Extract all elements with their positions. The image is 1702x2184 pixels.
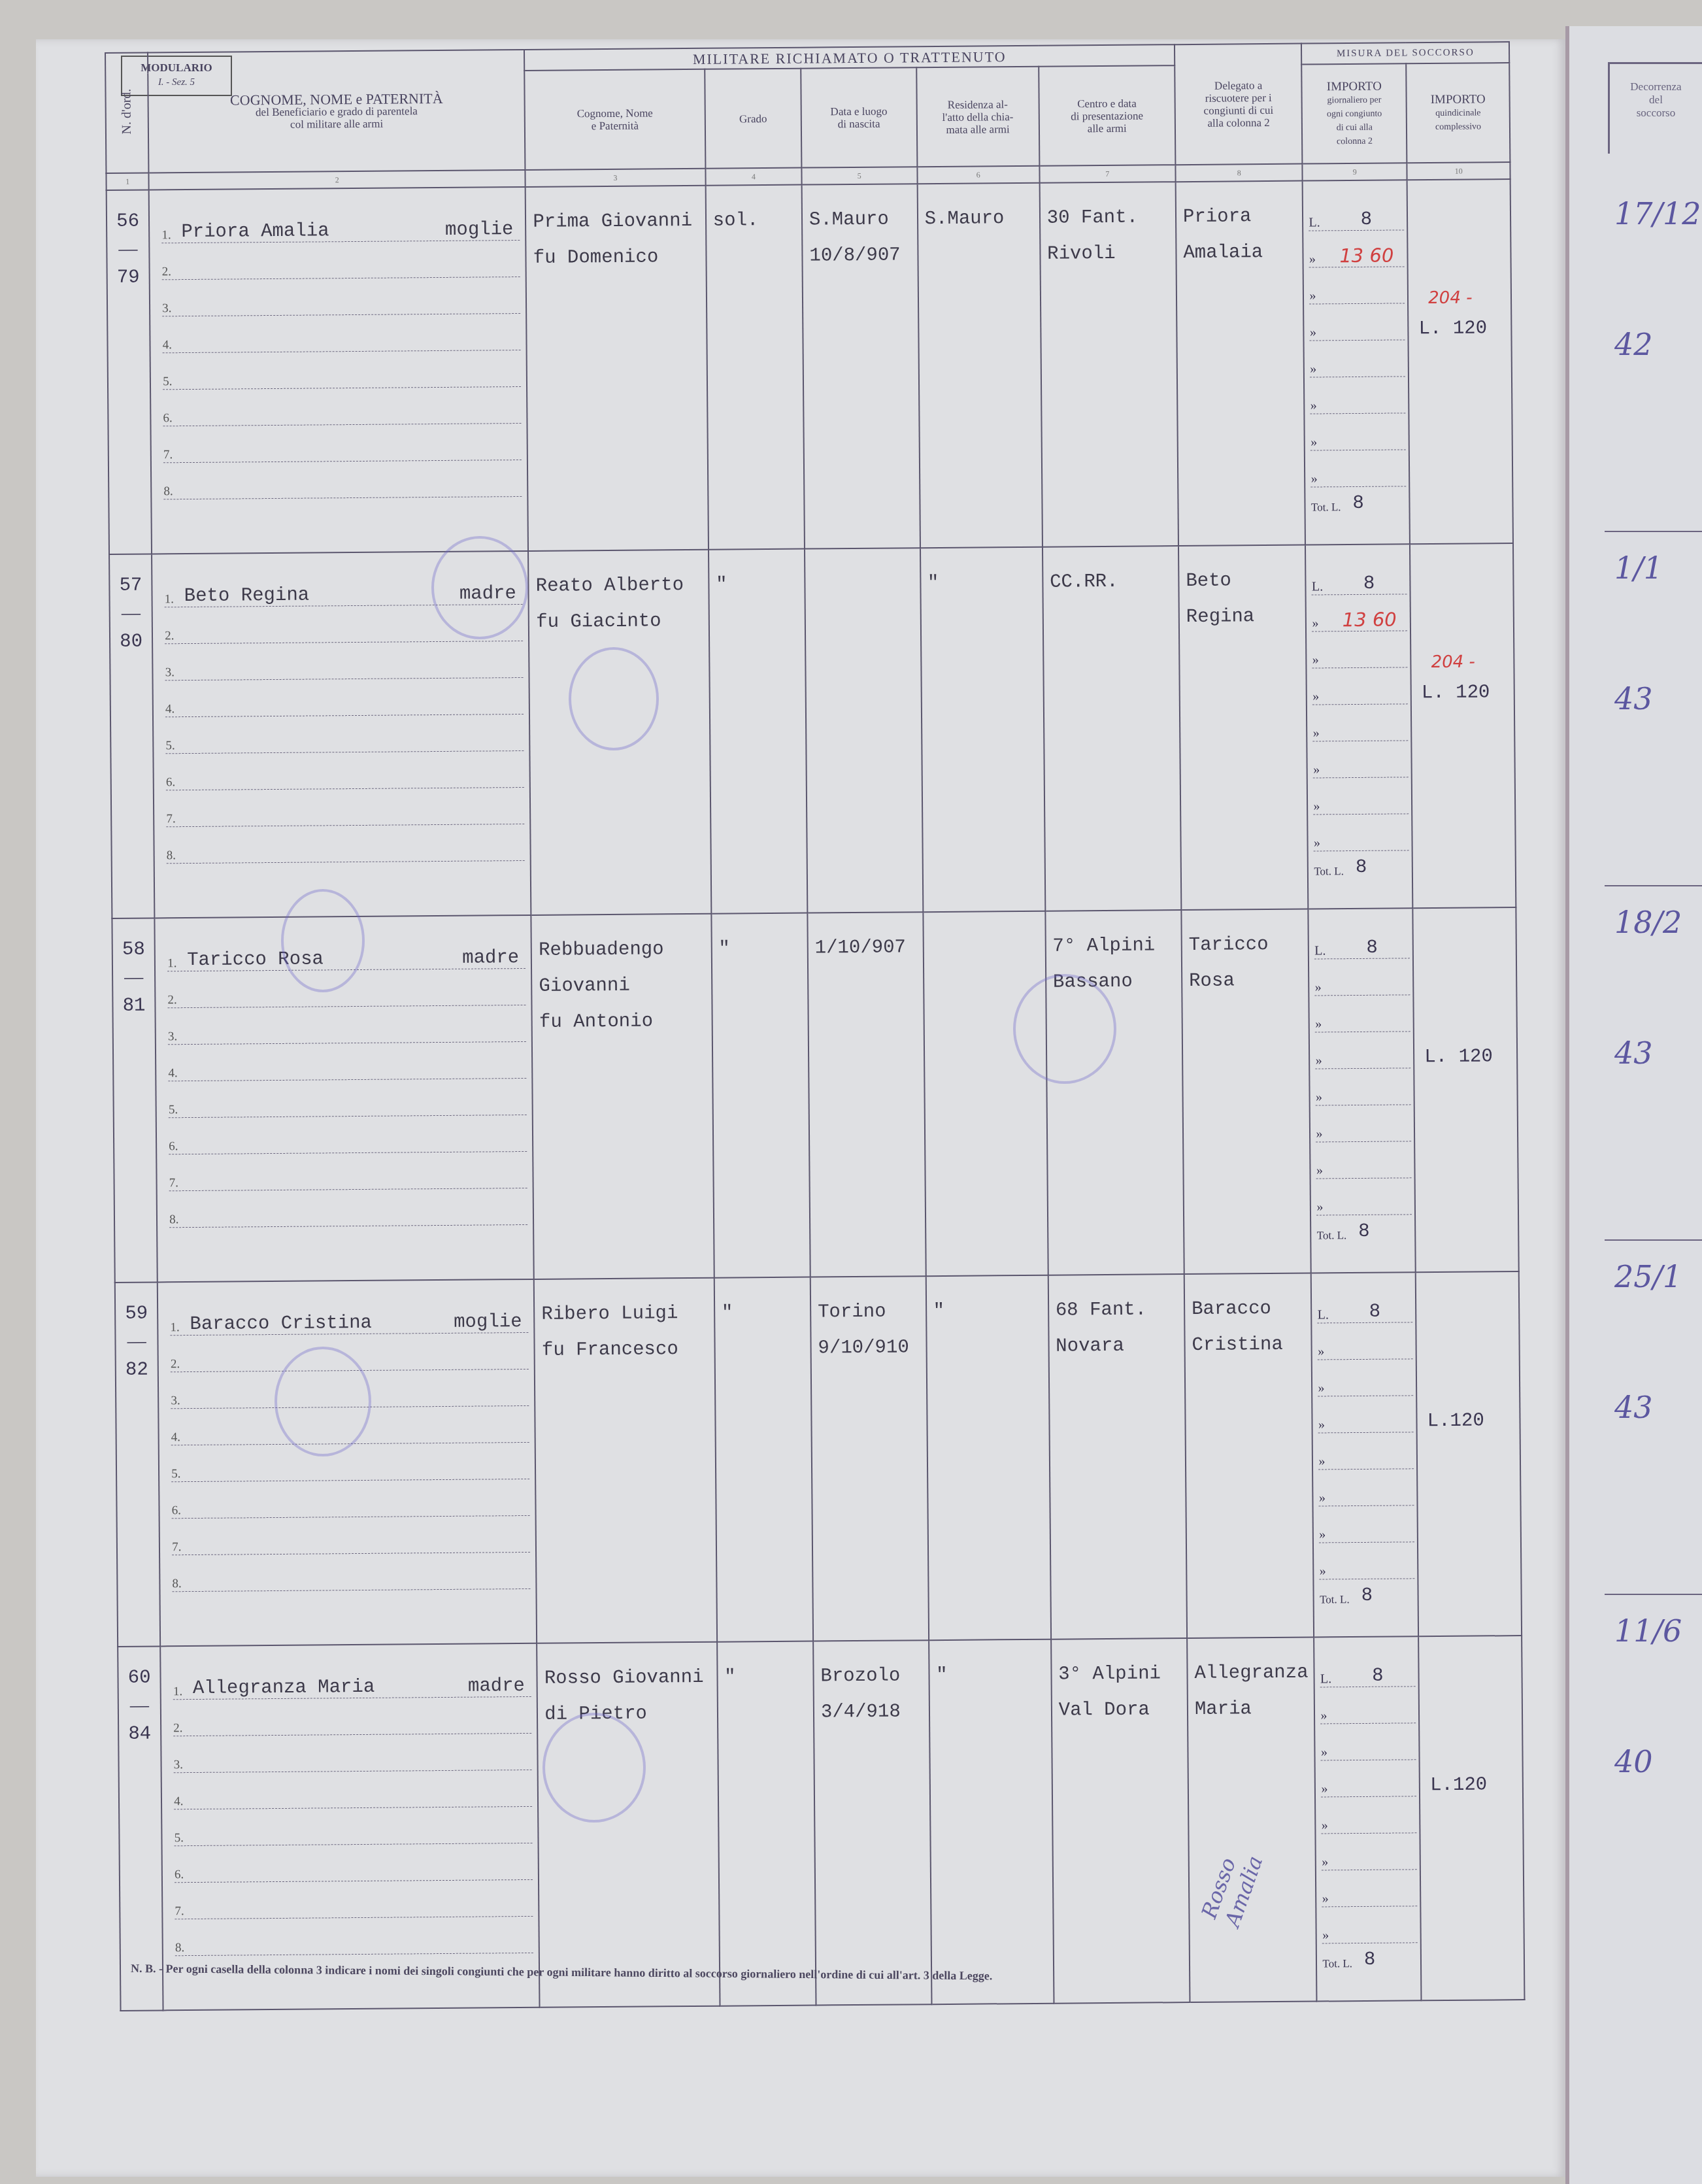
- beneficiary-name: Allegranza Maria: [193, 1676, 375, 1699]
- decorrenza-number: 43: [1614, 681, 1653, 716]
- grade-cell: sol.: [705, 185, 805, 550]
- centre: Novara: [1056, 1327, 1178, 1364]
- grade-cell: ": [717, 1641, 816, 2006]
- right-page-row-divider: [1605, 531, 1702, 532]
- beneficiary-line: 7.: [163, 424, 522, 463]
- daily-amount-line: »13 60: [1309, 230, 1405, 267]
- centre: CC.RR.: [1050, 563, 1172, 599]
- red-annotation: 204 -: [1428, 288, 1473, 309]
- fortnight-amount: L. 120: [1418, 317, 1487, 339]
- daily-amount-line: »: [1318, 1359, 1413, 1396]
- delegate-name: Maria: [1195, 1690, 1308, 1727]
- soldier-name: di Pietro: [544, 1695, 710, 1732]
- daily-amount-line: »: [1318, 1396, 1414, 1433]
- handwritten-signature: Rosso Amalia: [1196, 1801, 1283, 1930]
- soldier-cell: Reato Albertofu Giacinto: [528, 550, 711, 915]
- beneficiary-line: 2.: [173, 1697, 532, 1736]
- beneficiary-line: 2.: [161, 241, 520, 280]
- grade-cell: ": [709, 549, 808, 914]
- beneficiary-line: 4.: [171, 1406, 529, 1445]
- birth-cell: 1/10/907: [807, 912, 926, 1277]
- col-number: 6: [917, 166, 1039, 184]
- daily-amount-line: »: [1312, 631, 1407, 668]
- beneficiary-line: 5.: [169, 1079, 527, 1118]
- daily-total: Tot. L.8: [1320, 1584, 1415, 1606]
- soldier-name: Ribero Luigi: [541, 1295, 707, 1332]
- ledger-entry-row: 59—82 1.Baracco Cristinamoglie2.3.4.5.6.…: [115, 1271, 1522, 1647]
- beneficiary-line: 2.: [171, 1333, 529, 1372]
- ledger-grid: N. d'ord. COGNOME, NOME e PATERNITÀ del …: [105, 41, 1525, 2011]
- birth-info: 9/10/910: [818, 1329, 919, 1366]
- col-number: 8: [1175, 164, 1303, 182]
- beneficiary-cell: 1.Priora Amaliamoglie2.3.4.5.6.7.8.: [149, 187, 528, 554]
- daily-amount-line: »: [1312, 667, 1408, 705]
- centre-cell: 30 Fant.Rivoli: [1039, 182, 1178, 547]
- soldier-name: Prima Giovanni: [533, 203, 699, 240]
- fortnight-amount-cell: 204 -L. 120: [1407, 179, 1513, 544]
- daily-amount-line: »: [1315, 1032, 1410, 1069]
- beneficiary-line: 6.: [175, 1843, 533, 1883]
- soldier-name: Rebbuadengo: [539, 931, 705, 968]
- delegate-name: Rosa: [1189, 962, 1302, 999]
- beneficiary-line: 4.: [174, 1770, 533, 1809]
- residence: ": [933, 1292, 1042, 1329]
- residence-cell: S.Mauro: [917, 183, 1043, 548]
- beneficiary-line: 2.: [167, 969, 526, 1008]
- daily-amount-line: »: [1319, 1542, 1414, 1579]
- delegate-name: Taricco: [1188, 926, 1301, 963]
- soldier-name: Rosso Giovanni: [544, 1659, 710, 1696]
- ledger-entry-row: 58—81 1.Taricco Rosamadre2.3.4.5.6.7.8. …: [112, 907, 1518, 1283]
- beneficiary-line: 8.: [172, 1553, 531, 1592]
- birth-info: [812, 565, 913, 565]
- col-fortnight-amount-header: IMPORTOquindicinalecomplessivo: [1406, 63, 1510, 163]
- residence-cell: ": [920, 547, 1046, 912]
- decorrenza-date: 18/2: [1614, 905, 1682, 940]
- delegate-cell: PrioraAmalaia: [1176, 181, 1306, 546]
- beneficiary-line: 5.: [174, 1807, 533, 1846]
- delegate-cell: TariccoRosa: [1181, 909, 1311, 1275]
- centre: Bassano: [1053, 963, 1175, 1000]
- right-page-header: Decorrenzadelsoccorso: [1608, 62, 1702, 154]
- daily-amount-line: »: [1310, 303, 1405, 341]
- beneficiary-line: 1.Beto Reginamadre: [164, 568, 523, 607]
- fortnight-amount: L. 120: [1422, 681, 1490, 703]
- birth-cell: Brozolo3/4/918: [813, 1640, 931, 2005]
- beneficiary-name: Taricco Rosa: [187, 948, 324, 971]
- soldier-cell: RebbuadengoGiovannifu Antonio: [531, 914, 714, 1279]
- beneficiary-line: 1.Taricco Rosamadre: [167, 932, 526, 971]
- beneficiary-line: 8.: [169, 1188, 528, 1228]
- beneficiary-line: 8.: [163, 460, 522, 499]
- residence-cell: ": [926, 1275, 1051, 1640]
- col-number: 5: [801, 167, 917, 184]
- residence: ": [936, 1656, 1044, 1693]
- beneficiary-line: 3.: [171, 1369, 529, 1409]
- ledger-entry-row: 57—80 1.Beto Reginamadre2.3.4.5.6.7.8. R…: [109, 543, 1516, 918]
- beneficiary-line: 4.: [162, 314, 521, 353]
- birth-info: Brozolo: [820, 1657, 922, 1694]
- residence-cell: [923, 911, 1048, 1276]
- daily-amount-line: L.8: [1317, 1286, 1412, 1323]
- birth-cell: S.Mauro10/8/907: [802, 184, 920, 548]
- beneficiary-line: 8.: [166, 824, 525, 864]
- daily-amount-line: »: [1310, 450, 1406, 487]
- daily-amount-line: »: [1319, 1505, 1414, 1543]
- col-number: 10: [1407, 162, 1510, 180]
- birth-info: 10/8/907: [809, 237, 910, 273]
- centre-cell: 3° AlpiniVal Dora: [1051, 1638, 1190, 2004]
- daily-amount-line: »: [1310, 340, 1405, 377]
- birth-info: Torino: [818, 1293, 919, 1330]
- relation: moglie: [454, 1311, 522, 1333]
- beneficiary-line: 5.: [165, 714, 524, 754]
- col-residence-header: Residenza al-l'atto della chia-mata alle…: [916, 67, 1039, 167]
- decorrenza-number: 42: [1614, 327, 1653, 362]
- birth-cell: Torino9/10/910: [810, 1276, 929, 1641]
- centre-cell: CC.RR.: [1043, 546, 1182, 911]
- residence: ": [927, 564, 1036, 601]
- daily-amount-line: »: [1316, 1178, 1412, 1215]
- grade: ": [716, 566, 798, 603]
- col-ord-header: N. d'ord.: [105, 52, 149, 173]
- decorrenza-date: 25/1: [1614, 1259, 1682, 1294]
- daily-amount-line: »: [1313, 741, 1409, 778]
- beneficiary-cell: 1.Taricco Rosamadre2.3.4.5.6.7.8.: [155, 915, 534, 1283]
- relation: madre: [462, 947, 519, 969]
- fortnight-amount-cell: L. 120: [1413, 907, 1519, 1272]
- beneficiary-line: 3.: [173, 1734, 532, 1773]
- daily-amount-line: »: [1318, 1432, 1414, 1470]
- beneficiary-line: 5.: [171, 1443, 530, 1482]
- right-page-row-divider: [1605, 1594, 1702, 1595]
- centre: 7° Alpini: [1052, 927, 1175, 964]
- daily-amount-line: »: [1322, 1906, 1418, 1943]
- daily-amount-cell: L.8»13 60»»»»»»Tot. L.8: [1303, 180, 1410, 545]
- delegate-name: Amalaia: [1183, 234, 1296, 271]
- fortnight-amount: L.120: [1430, 1773, 1487, 1796]
- grade: ": [724, 1658, 807, 1695]
- relation: madre: [468, 1675, 525, 1697]
- delegate-name: Baracco: [1192, 1290, 1305, 1327]
- daily-amount-line: »: [1313, 777, 1409, 815]
- beneficiary-line: 6.: [163, 387, 522, 426]
- centre: 68 Fant.: [1056, 1291, 1178, 1328]
- daily-amount-line: »: [1312, 704, 1408, 741]
- daily-amount-line: »: [1310, 413, 1406, 450]
- beneficiary-line: 6.: [171, 1479, 530, 1519]
- daily-amount-line: »: [1318, 1322, 1413, 1360]
- ledger-table: N. d'ord. COGNOME, NOME e PATERNITÀ del …: [105, 41, 1525, 1987]
- soldier-cell: Ribero Luigifu Francesco: [534, 1278, 717, 1643]
- ledger-entry-row: 56—79 1.Priora Amaliamoglie2.3.4.5.6.7.8…: [107, 179, 1513, 554]
- centre: Val Dora: [1058, 1691, 1180, 1728]
- section-title-misura: MISURA DEL SOCCORSO: [1301, 42, 1509, 64]
- daily-amount-line: »: [1319, 1469, 1414, 1506]
- grade-cell: ": [714, 1277, 814, 1642]
- beneficiary-name: Baracco Cristina: [190, 1312, 372, 1335]
- daily-amount-line: »: [1316, 1105, 1411, 1142]
- delegate-name: Priora: [1183, 198, 1296, 235]
- ord-number-cell: 59—82: [115, 1282, 161, 1646]
- daily-amount-cell: L.8»»»»»»»Tot. L.8: [1309, 908, 1416, 1273]
- relation: madre: [459, 582, 516, 605]
- daily-amount-line: »: [1321, 1796, 1416, 1834]
- relation: moglie: [445, 218, 514, 241]
- daily-amount-line: »: [1314, 958, 1410, 996]
- ord-number-cell: 57—80: [109, 554, 155, 918]
- fortnight-amount: L. 120: [1424, 1045, 1493, 1067]
- right-page-row-divider: [1605, 885, 1702, 886]
- delegate-name: Allegranza: [1194, 1655, 1307, 1691]
- beneficiary-line: 4.: [165, 678, 524, 717]
- grade: ": [718, 930, 801, 967]
- daily-amount-line: L.8: [1309, 193, 1404, 231]
- soldier-name: Reato Alberto: [536, 567, 702, 604]
- daily-amount-line: »: [1314, 814, 1409, 851]
- col-centre-header: Centro e datadi presentazionealle armi: [1039, 65, 1175, 166]
- delegate-name: Beto: [1186, 562, 1299, 599]
- col-number: 4: [705, 168, 801, 186]
- decorrenza-number: 43: [1614, 1390, 1653, 1425]
- col-grade-header: Grado: [705, 69, 801, 169]
- fortnight-amount-cell: L.120: [1416, 1271, 1522, 1636]
- right-page-row-divider: [1605, 1239, 1702, 1241]
- ord-number-cell: 58—81: [112, 918, 158, 1282]
- daily-total: Tot. L.8: [1311, 492, 1407, 514]
- daily-amount-line: »: [1322, 1833, 1417, 1870]
- daily-amount-line: L.8: [1314, 922, 1410, 959]
- decorrenza-date: 1/1: [1614, 550, 1663, 586]
- daily-amount-line: »: [1315, 995, 1410, 1032]
- daily-amount-cell: L.8»13 60»»»»»»Tot. L.8: [1305, 544, 1412, 909]
- daily-amount-line: »: [1310, 377, 1405, 414]
- birth-info: 3/4/918: [821, 1693, 922, 1730]
- beneficiary-line: 3.: [162, 277, 521, 316]
- residence: [930, 928, 1038, 929]
- decorrenza-date: 17/12: [1614, 196, 1701, 231]
- decorrenza-number: 43: [1614, 1035, 1653, 1071]
- beneficiary-line: 1.Baracco Cristinamoglie: [170, 1296, 529, 1336]
- beneficiary-name: Beto Regina: [184, 584, 310, 607]
- delegate-cell: AllegranzaMariaRosso Amalia: [1187, 1638, 1317, 2003]
- soldier-name: fu Domenico: [533, 239, 699, 276]
- beneficiary-line: 3.: [165, 641, 524, 680]
- col-daily-amount-header: IMPORTOgiornaliero perogni congiuntodi c…: [1302, 63, 1407, 163]
- red-annotation: 204 -: [1431, 652, 1476, 673]
- col-number: 9: [1303, 163, 1407, 180]
- grade-cell: ": [711, 913, 810, 1278]
- col-number: 1: [106, 173, 148, 190]
- ledger-entry-row: 60—84 1.Allegranza Mariamadre2.3.4.5.6.7…: [118, 1636, 1524, 2011]
- beneficiary-line: 1.Allegranza Mariamadre: [173, 1660, 532, 1700]
- beneficiary-line: 4.: [168, 1042, 527, 1081]
- ord-number-cell: 56—79: [107, 190, 152, 554]
- soldier-name: fu Antonio: [539, 1003, 705, 1040]
- soldier-name: Giovanni: [539, 967, 705, 1004]
- col-number: 3: [526, 169, 706, 187]
- decorrenza-date: 11/6: [1614, 1613, 1682, 1649]
- beneficiary-line: 7.: [175, 1880, 533, 1919]
- beneficiary-cell: 1.Baracco Cristinamoglie2.3.4.5.6.7.8.: [158, 1279, 537, 1647]
- beneficiary-line: 8.: [175, 1917, 534, 1956]
- residence-cell: ": [929, 1639, 1054, 2004]
- centre-cell: 7° AlpiniBassano: [1045, 910, 1184, 1275]
- soldier-cell: Rosso Giovannidi Pietro: [537, 1642, 720, 2008]
- beneficiary-line: 5.: [163, 350, 522, 390]
- fortnight-amount: L.120: [1427, 1409, 1484, 1432]
- soldier-name: fu Giacinto: [536, 603, 702, 640]
- fortnight-amount-cell: L.120: [1418, 1636, 1524, 2000]
- daily-total: Tot. L.8: [1322, 1948, 1418, 1970]
- birth-cell: [805, 548, 923, 913]
- col-delegate-header: Delegato ariscuotere per i congiunti di …: [1175, 44, 1303, 165]
- centre: Rivoli: [1047, 235, 1169, 271]
- daily-amount-line: »: [1322, 1870, 1417, 1907]
- centre: 3° Alpini: [1058, 1655, 1180, 1692]
- birth-info: 1/10/907: [815, 929, 916, 966]
- beneficiary-cell: 1.Allegranza Mariamadre2.3.4.5.6.7.8.: [160, 1643, 539, 2011]
- fortnight-amount-cell: 204 -L. 120: [1410, 543, 1516, 908]
- col-number: 7: [1039, 165, 1175, 183]
- beneficiary-line: 7.: [166, 788, 525, 827]
- col-beneficiary-header: COGNOME, NOME e PATERNITÀ del Beneficiar…: [148, 50, 526, 173]
- daily-amount-line: »: [1321, 1723, 1416, 1760]
- daily-total: Tot. L.8: [1317, 1220, 1412, 1242]
- col-birth-header: Data e luogodi nascita: [801, 67, 917, 167]
- daily-amount-line: »: [1316, 1141, 1412, 1179]
- delegate-cell: BaraccoCristina: [1184, 1273, 1314, 1639]
- soldier-name: fu Francesco: [542, 1331, 708, 1368]
- beneficiary-cell: 1.Beto Reginamadre2.3.4.5.6.7.8.: [152, 551, 531, 918]
- ord-number-cell: 60—84: [118, 1646, 163, 2010]
- residence: S.Mauro: [924, 200, 1033, 237]
- col-soldier-header: Cognome, Nomee Paternità: [525, 69, 706, 170]
- daily-amount-line: L.8: [1320, 1650, 1416, 1687]
- daily-total: Tot. L.8: [1314, 856, 1409, 878]
- decorrenza-number: 40: [1614, 1744, 1653, 1779]
- birth-info: [812, 565, 913, 565]
- beneficiary-line: 2.: [165, 605, 524, 644]
- beneficiary-line: 7.: [172, 1516, 531, 1555]
- daily-amount-line: »13 60: [1312, 594, 1407, 631]
- beneficiary-line: 6.: [169, 1115, 527, 1154]
- daily-amount-line: »: [1316, 1068, 1411, 1105]
- delegate-name: Cristina: [1192, 1326, 1305, 1363]
- beneficiary-name: Priora Amalia: [181, 220, 329, 243]
- daily-amount-line: »: [1309, 267, 1405, 304]
- beneficiary-line: 3.: [168, 1005, 527, 1045]
- beneficiary-line: 1.Priora Amaliamoglie: [161, 204, 520, 243]
- centre-cell: 68 Fant.Novara: [1048, 1274, 1187, 1639]
- daily-amount-cell: L.8»»»»»»»Tot. L.8: [1311, 1272, 1418, 1637]
- grade: sol.: [713, 202, 795, 239]
- centre: 30 Fant.: [1047, 199, 1169, 235]
- daily-amount-line: L.8: [1312, 558, 1407, 595]
- beneficiary-line: 7.: [169, 1152, 527, 1191]
- daily-amount-line: »: [1321, 1760, 1416, 1797]
- daily-amount-line: »: [1320, 1687, 1416, 1724]
- delegate-cell: BetoRegina: [1178, 545, 1309, 911]
- soldier-cell: Prima Giovannifu Domenico: [526, 186, 709, 551]
- daily-amount-cell: L.8»»»»»»»Tot. L.8: [1314, 1636, 1422, 2001]
- delegate-name: Regina: [1186, 598, 1299, 635]
- grade: ": [722, 1294, 804, 1331]
- beneficiary-line: 6.: [166, 751, 525, 790]
- birth-info: S.Mauro: [809, 201, 910, 237]
